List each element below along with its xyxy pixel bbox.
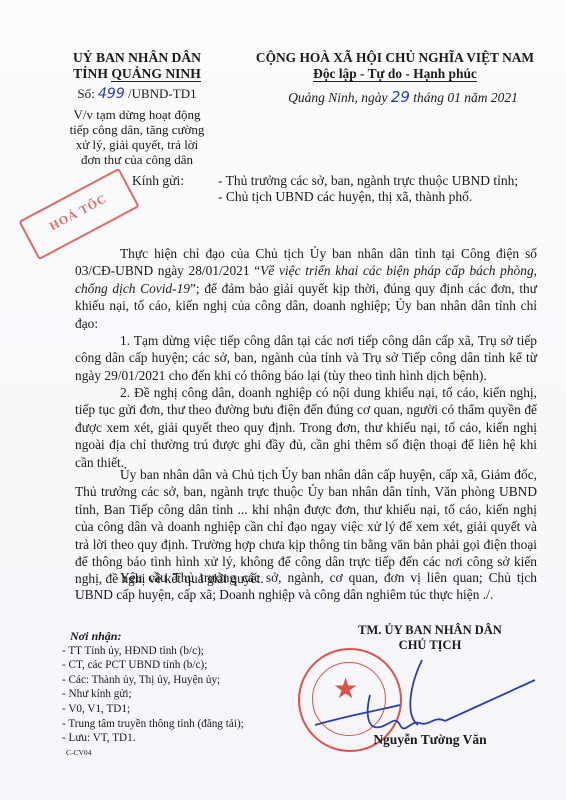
document-number: Số: 499 /UBND-TD1 xyxy=(62,86,212,102)
form-code: C-CV04 xyxy=(62,746,244,761)
handwritten-number: 499 xyxy=(98,86,125,102)
handwritten-day: 29 xyxy=(391,88,410,106)
national-motto: Độc lập - Tự do - Hạnh phúc xyxy=(250,66,540,82)
body-paragraph-1: Thực hiện chỉ đạo của Chủ tịch Ủy ban nh… xyxy=(75,245,537,332)
addressee-label: Kính gửi: xyxy=(132,173,184,189)
authority-line2: TỈNH QUẢNG NINH xyxy=(62,66,212,82)
document-page: UỶ BAN NHÂN DÂN TỈNH QUẢNG NINH Số: 499 … xyxy=(0,0,566,800)
issuing-authority: UỶ BAN NHÂN DÂN TỈNH QUẢNG NINH xyxy=(62,50,212,82)
province-name: QUẢNG NINH xyxy=(111,66,201,82)
addressee-item: - Thủ trưởng các sở, ban, ngành trực thu… xyxy=(218,173,518,189)
recipient-item: - Lưu: VT, TD1. xyxy=(62,731,244,746)
body-paragraph-5: Yêu cầu Thủ trưởng các sở, ngành, cơ qua… xyxy=(75,569,537,604)
national-header: CỘNG HOÀ XÃ HỘI CHỦ NGHĨA VIỆT NAM Độc l… xyxy=(250,50,540,82)
signer-authority: TM. ỦY BAN NHÂN DÂN xyxy=(330,623,530,638)
recipient-item: - Như kính gửi; xyxy=(62,687,244,702)
recipient-item: - Các: Thành ủy, Thị ủy, Huyện ủy; xyxy=(62,673,244,688)
recipient-item: - TT Tỉnh ủy, HĐND tỉnh (b/c); xyxy=(62,644,244,659)
issue-date: Quảng Ninh, ngày 29 tháng 01 năm 2021 xyxy=(268,88,538,106)
signer-name: Nguyễn Tường Văn xyxy=(340,732,520,748)
body-paragraph-2: 1. Tạm dừng việc tiếp công dân tại các n… xyxy=(75,332,537,384)
document-subject: V/v tạm dừng hoạt động tiếp công dân, tă… xyxy=(62,107,212,167)
addressee-list: - Thủ trưởng các sở, ban, ngành trực thu… xyxy=(218,173,518,205)
addressee-item: - Chủ tịch UBND các huyện, thị xã, thành… xyxy=(218,189,518,205)
recipient-item: - V0, V1, TD1; xyxy=(62,702,244,717)
recipient-item: - Trung tâm truyền thông tỉnh (đăng tải)… xyxy=(62,717,244,732)
body-paragraph-3: 2. Đề nghị công dân, doanh nghiệp có nội… xyxy=(75,384,537,471)
recipient-item: - CT, các PCT UBND tỉnh (b/c); xyxy=(62,658,244,673)
authority-line1: UỶ BAN NHÂN DÂN xyxy=(62,50,212,66)
recipients-block: Nơi nhận: - TT Tỉnh ủy, HĐND tỉnh (b/c);… xyxy=(62,629,244,760)
nation-title: CỘNG HOÀ XÃ HỘI CHỦ NGHĨA VIỆT NAM xyxy=(250,50,540,66)
recipients-title: Nơi nhận: xyxy=(62,629,244,644)
